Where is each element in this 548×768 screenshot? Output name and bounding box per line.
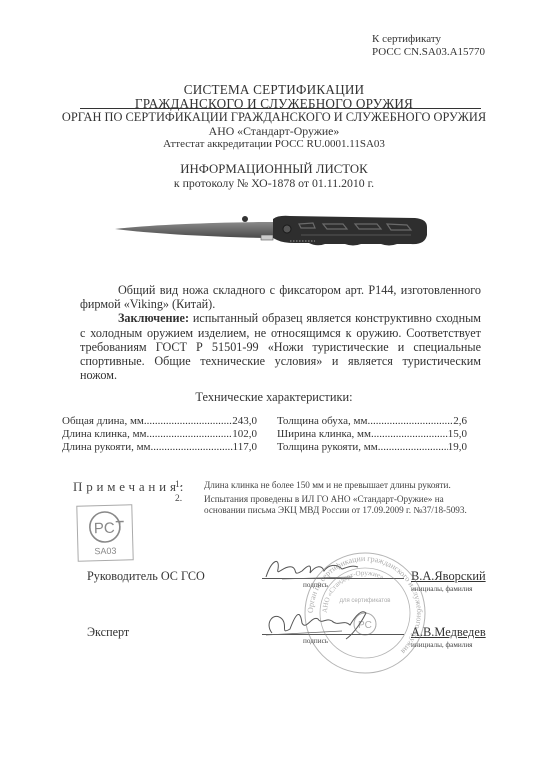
stamp-center-text: для сертификатов (339, 598, 390, 604)
organization-stamp: Орган по сертификации гражданского и слу… (302, 550, 428, 681)
signatory-role: Эксперт (87, 625, 129, 640)
protocol-reference: к протоколу № ХО-1878 от 01.11.2010 г. (0, 176, 548, 191)
spec-label: Ширина клинка, мм (277, 428, 371, 441)
spec-value: 15,0 (448, 428, 467, 441)
svg-text:PC: PC (94, 520, 115, 538)
description-block: Общий вид ножа складного с фиксатором ар… (80, 283, 481, 382)
note-text: Испытания проведены в ИЛ ГО АНО «Стандар… (204, 494, 474, 516)
organization-name: АНО «Стандарт-Оружие» (0, 124, 548, 139)
document-title: ИНФОРМАЦИОННЫЙ ЛИСТОК (0, 162, 548, 177)
note-number: 2. (175, 494, 182, 504)
spec-value: 102,0 (232, 428, 257, 441)
general-view-text: Общий вид ножа складного с фиксатором ар… (80, 283, 481, 311)
note-number: 1. (175, 480, 182, 490)
specs-right-column: Толщина обуха, мм.......................… (277, 415, 467, 454)
cert-ref-number: РОСС CN.SA03.A15770 (372, 46, 485, 59)
header-divider (80, 108, 481, 109)
spec-label: Толщина обуха, мм (277, 415, 367, 428)
spec-value: 19,0 (448, 441, 467, 454)
conclusion-label: Заключение: (118, 311, 189, 325)
spec-label: Длина рукояти, мм (62, 441, 151, 454)
spec-value: 117,0 (233, 441, 257, 454)
spec-row: Толщина обуха, мм.......................… (277, 415, 467, 428)
spec-row: Длина рукояти, мм.......................… (62, 441, 257, 454)
logo-code: SA03 (78, 545, 132, 556)
spec-row: Ширина клинка, мм.......................… (277, 428, 467, 441)
spec-label: Общая длина, мм (62, 415, 144, 428)
conclusion-paragraph: Заключение: испытанный образец является … (80, 311, 481, 382)
folding-knife-photo (115, 205, 445, 260)
rst-certification-logo: PC SA03 (76, 504, 133, 561)
accreditation-certificate: Аттестат аккредитации РОСС RU.0001.11SA0… (0, 138, 548, 150)
spec-row: Общая длина, мм.........................… (62, 415, 257, 428)
spec-value: 243,0 (232, 415, 257, 428)
cert-ref-label: К сертификату (372, 33, 485, 46)
note-text: Длина клинка не более 150 мм и не превыш… (204, 480, 474, 491)
svg-text:PC: PC (358, 620, 372, 631)
spec-row: Толщина рукояти, мм.....................… (277, 441, 467, 454)
spec-label: Длина клинка, мм (62, 428, 147, 441)
spec-row: Длина клинка, мм........................… (62, 428, 257, 441)
spec-value: 2,6 (453, 415, 467, 428)
notes-title: Примечания: (73, 479, 187, 495)
certificate-reference: К сертификату РОСС CN.SA03.A15770 (372, 33, 485, 59)
specs-left-column: Общая длина, мм.........................… (62, 415, 257, 454)
spec-label: Толщина рукояти, мм (277, 441, 378, 454)
specs-title: Технические характеристики: (0, 390, 548, 405)
signatory-role: Руководитель ОС ГСО (87, 569, 205, 584)
certification-body: ОРГАН ПО СЕРТИФИКАЦИИ ГРАЖДАНСКОГО И СЛУ… (0, 110, 548, 125)
